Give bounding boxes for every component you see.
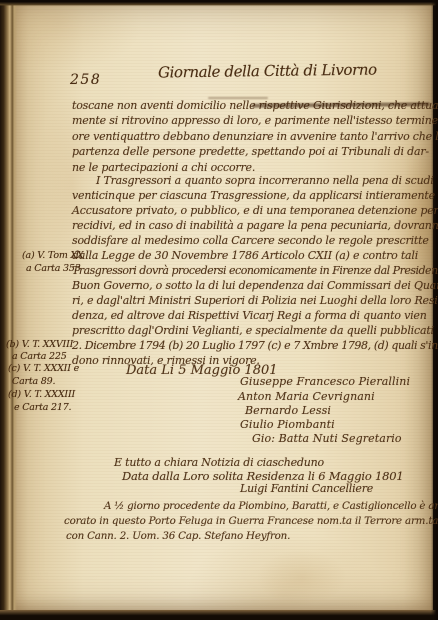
paragraph2-line: denza, ed altrove dai Rispettivi Vicarj … [72, 309, 427, 322]
margin-note-c: Carta 89. [12, 376, 55, 387]
ink-smudge [208, 97, 268, 99]
paragraph2-line: prescritto dagl'Ordini Veglianti, e spec… [72, 324, 438, 337]
photo-border-bottom [0, 610, 438, 620]
signature: Giulio Piombanti [240, 418, 335, 431]
margin-note-d: (d) V. T. XXXIII [8, 389, 75, 400]
margin-note-a: (a) V. Tom XX [22, 250, 84, 261]
entry-line: con Cann. 2. Uom. 36 Cap. Stefano Heyfro… [66, 530, 290, 542]
paragraph2-line: venticinque per ciascuna Trasgressione, … [72, 189, 438, 202]
signature: Giuseppe Francesco Pierallini [240, 375, 410, 388]
chancellor-signature: Luigi Fantini Cancelliere [240, 482, 373, 495]
photo-border-right [431, 0, 438, 620]
margin-note-b: a Carta 225 [12, 351, 67, 362]
signature: Bernardo Lessi [245, 404, 331, 417]
page-number: 258 [70, 72, 101, 88]
margin-note-c: (c) V. T. XXXII e [8, 363, 79, 374]
paragraph1-line: mente si ritrovino appresso di loro, e p… [72, 114, 438, 127]
closing-dateline: Data dalla Loro solita Residenza li 6 Ma… [122, 469, 404, 483]
paragraph2-line: 2. Dicembre 1794 (b) 20 Luglio 1797 (c) … [72, 339, 438, 352]
entry-line: corato in questo Porto Feluga in Guerra … [64, 515, 438, 527]
margin-note-b: (b) V. T. XXVIII [6, 339, 73, 350]
margin-note-d: e Carta 217. [14, 402, 71, 413]
paragraph1-line: partenza delle persone predette, spettan… [72, 145, 429, 158]
book-binding-edge [0, 0, 17, 620]
photo-border-top [0, 0, 438, 6]
paragraph1-line: ore ventiquattro debbano denunziare in a… [72, 130, 438, 143]
paragraph2-line: Accusatore privato, o pubblico, e di una… [72, 204, 438, 217]
signature: Anton Maria Cevrignani [238, 390, 375, 403]
signature-secretary: Gio: Batta Nuti Segretario [252, 432, 402, 445]
paragraph2-line: soddisfare al medesimo colla Carcere sec… [72, 234, 429, 247]
entry-line: A ½ giorno procedente da Piombino, Barat… [104, 500, 438, 512]
page-title: Giornale della Città di Livorno [158, 60, 377, 81]
manuscript-photo: { "page": { "number": "258", "title": "G… [0, 0, 438, 620]
paragraph2-line: ri, e dagl'altri Ministri Superiori di P… [72, 294, 438, 307]
margin-note-a: a Carta 353 [26, 263, 81, 274]
paragraph2-line: Trasgressori dovrà procedersi economicam… [72, 264, 438, 277]
paragraph2-line: I Trasgressori a quanto sopra incorreran… [96, 174, 434, 187]
paragraph2-line: dalla Legge de 30 Novembre 1786 Articolo… [72, 249, 418, 262]
closing-notice: E tutto a chiara Notizia di ciascheduno [114, 456, 324, 469]
page-stain [257, 550, 347, 605]
paragraph2-line: recidivi, ed in caso di inabilità a paga… [72, 219, 438, 232]
paragraph1-line: ne le partecipazioni a chi occorre. [72, 161, 255, 174]
paragraph2-line: Buon Governo, o sotto la di lui dependen… [72, 279, 438, 292]
